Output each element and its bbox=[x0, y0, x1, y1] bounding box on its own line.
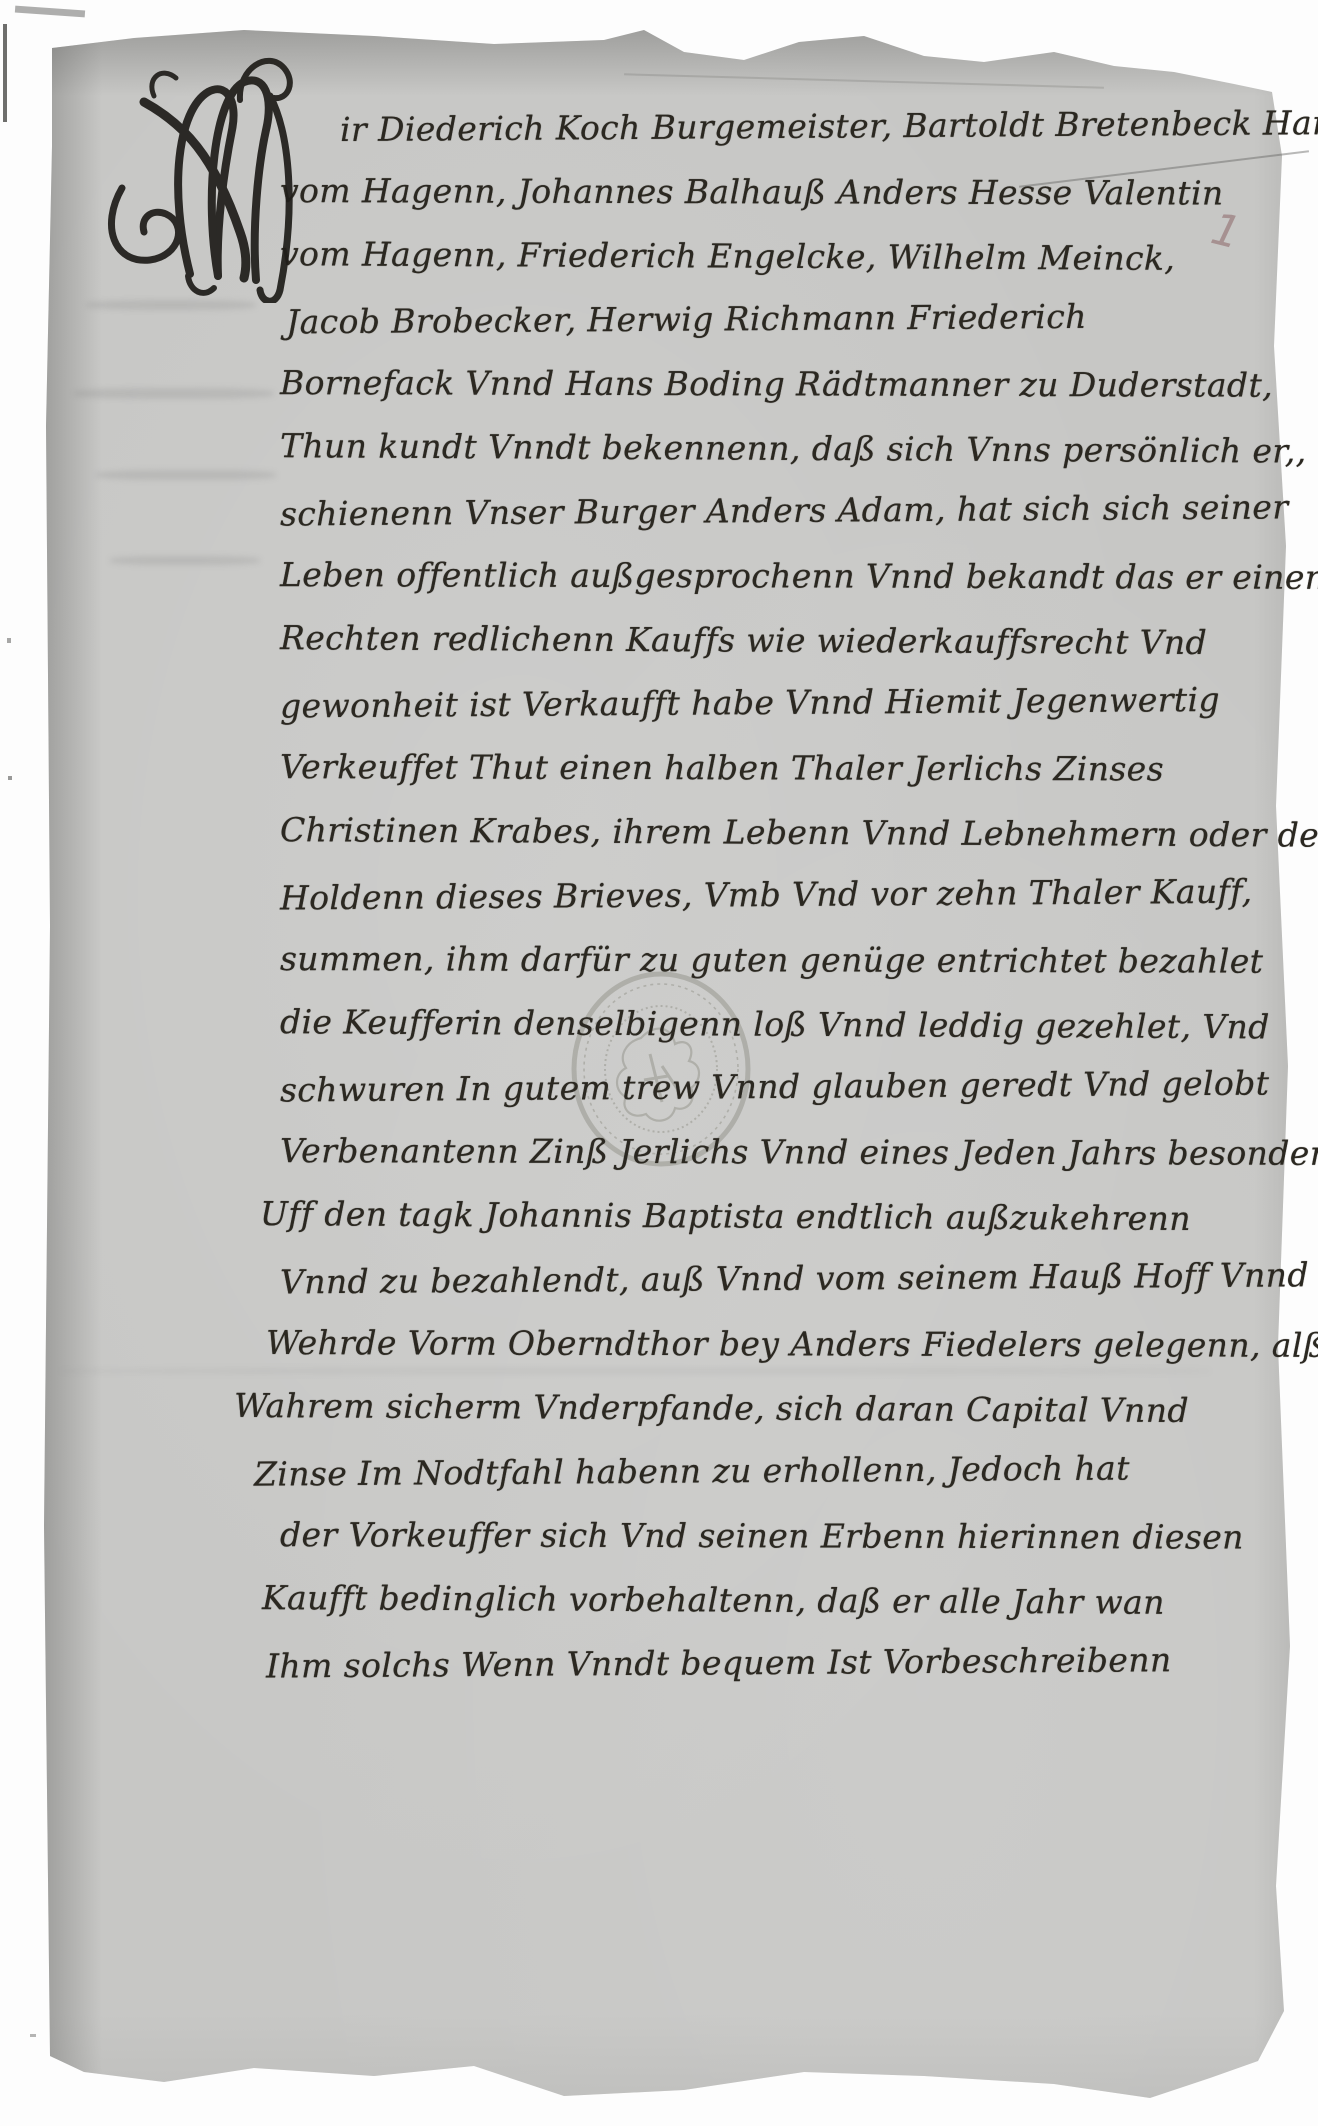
manuscript-line: Rechten redlichenn Kauffs wie wiederkauf… bbox=[0, 605, 1262, 676]
manuscript-line: der Vorkeuffer sich Vnd seinen Erbenn hi… bbox=[0, 1502, 1262, 1569]
monogram-initial bbox=[92, 38, 327, 307]
manuscript-text-block: ir Diederich Koch Burgemeister, Bartoldt… bbox=[0, 96, 1262, 1696]
manuscript-line: Wehrde Vorm Oberndthor bey Anders Fiedel… bbox=[0, 1310, 1262, 1377]
manuscript-scan: ir Diederich Koch Burgemeister, Bartoldt… bbox=[0, 0, 1318, 2126]
manuscript-line: Leben offentlich außgesprochenn Vnnd bek… bbox=[0, 542, 1262, 609]
manuscript-line: summen, ihm darfür zu guten genüge entri… bbox=[0, 926, 1262, 993]
manuscript-line: gewonheit ist Verkaufft habe Vnnd Hiemit… bbox=[0, 668, 1262, 741]
manuscript-line: Thun kundt Vnndt bekennenn, daß sich Vnn… bbox=[0, 413, 1262, 484]
manuscript-line: Zinse Im Nodtfahl habenn zu erhollenn, J… bbox=[0, 1436, 1262, 1509]
scan-speck bbox=[15, 6, 85, 18]
manuscript-line: schienenn Vnser Burger Anders Adam, hat … bbox=[0, 476, 1262, 549]
manuscript-line: schwuren In gutem trew Vnnd glauben gere… bbox=[0, 1052, 1262, 1125]
manuscript-line: Verbenantenn Zinß Jerlichs Vnnd eines Je… bbox=[0, 1118, 1262, 1185]
manuscript-line: Ihm solchs Wenn Vnndt bequem Ist Vorbesc… bbox=[0, 1628, 1262, 1701]
manuscript-line: Uff den tagk Johannis Baptista endtlich … bbox=[0, 1181, 1262, 1252]
manuscript-line: Christinen Krabes, ihrem Lebenn Vnnd Leb… bbox=[0, 797, 1262, 868]
scan-speck bbox=[30, 2034, 36, 2037]
monogram-flourish-graphic bbox=[92, 38, 327, 303]
manuscript-line: Verkeuffet Thut einen halben Thaler Jerl… bbox=[0, 734, 1262, 801]
manuscript-line: die Keufferin denselbigenn loß Vnnd ledd… bbox=[0, 989, 1262, 1060]
manuscript-line: Vnnd zu bezahlendt, auß Vnnd vom seinem … bbox=[0, 1244, 1262, 1317]
manuscript-line: Kaufft bedinglich vorbehaltenn, daß er a… bbox=[0, 1565, 1262, 1636]
manuscript-line: Bornefack Vnnd Hans Boding Rädtmanner zu… bbox=[0, 350, 1262, 417]
manuscript-line: Wahrem sicherm Vnderpfande, sich daran C… bbox=[0, 1373, 1262, 1444]
manuscript-line: Holdenn dieses Brieves, Vmb Vnd vor zehn… bbox=[0, 860, 1262, 933]
